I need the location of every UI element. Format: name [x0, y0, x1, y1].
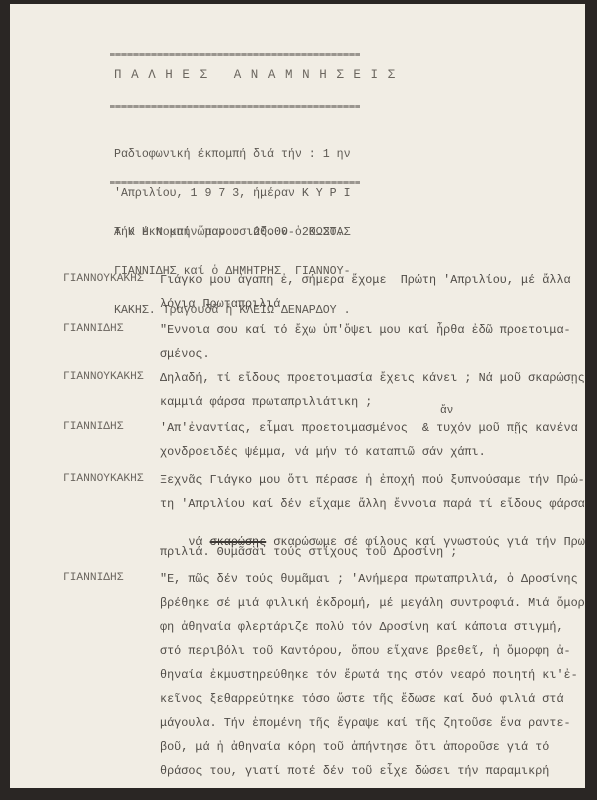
dialogue-line: βρέθηκε σέ μιά φιλική ἐκδρομή, μέ μεγάλη… — [160, 596, 585, 610]
document-title: ΠΑΛΗΕΣ ΑΝΑΜΝΗΣΕΙΣ — [114, 68, 405, 82]
speaker-label: ΓΙΑΝΝΟΥΚΑΚΗΣ — [63, 371, 144, 383]
dialogue-line: στό περιβόλι τοῦ Καντόρου, ὅπου εἴχανε β… — [160, 644, 571, 658]
dialogue-line: "Ε, πῶς δέν τούς θυμᾶμαι ; 'Ανήμερα πρωτ… — [160, 572, 578, 586]
rule-line — [110, 53, 360, 56]
dialogue-line: Γιάγκο μου ἀγαπη ἐ, σήμερα ἔχομε Πρώτη '… — [160, 273, 571, 287]
dialogue-line: "Εννοια σου καί τό ἔχω ὑπ'ὄψει μου καί ἦ… — [160, 323, 571, 337]
handwritten-insertion: ἄν — [440, 405, 453, 417]
speaker-label: ΓΙΑΝΝΙΔΗΣ — [63, 323, 123, 335]
broadcast-info-line: Ραδιοφωνική έκπομπή διά τήν : 1 ην — [114, 148, 351, 161]
dialogue-line: 'Απ'ἐναντίας, εἶμαι προετοιμασμένος & τυ… — [160, 421, 578, 435]
speaker-label: ΓΙΑΝΝΟΥΚΑΚΗΣ — [63, 273, 144, 285]
broadcast-info-line: 'Απριλίου, 1 9 7 3, ήμέραν Κ Υ Ρ Ι — [114, 187, 351, 200]
speaker-label: ΓΙΑΝΝΙΔΗΣ — [63, 421, 123, 433]
dialogue-line: χονδροειδές ψέμμα, νά μήν τό καταπιῶ σάν… — [160, 445, 486, 459]
presenters-info-line: Τήν έκπομπήν παρουσιάζουν ὁ ΚΩΣΤΑΣ — [114, 226, 351, 239]
dialogue-line: Δηλαδή, τί εἴδους προετοιμασία ἔχεις κάν… — [160, 371, 585, 385]
rule-line — [110, 181, 360, 184]
dialogue-line: βοῦ, μά ἡ ἀθηναία κόρη τοῦ ἀπήντησε ὅτι … — [160, 740, 549, 754]
dialogue-line: λόγια Πρωταπριλιά. — [160, 297, 287, 311]
rule-line — [110, 105, 360, 108]
dialogue-line: τη 'Απριλίου καί δέν εἴχαμε ἄλλη ἔννοια … — [160, 497, 585, 511]
presenters-info: Τήν έκπομπήν παρουσιάζουν ὁ ΚΩΣΤΑΣ ΓΙΑΝΝ… — [114, 200, 351, 343]
speaker-label: ΓΙΑΝΝΙΔΗΣ — [63, 572, 123, 584]
dialogue-line: πριλιά. Θυμᾶσαι τούς στίχους τοῦ Δροσίνη… — [160, 545, 457, 559]
dialogue-line: μάγουλα. Τήν ἑπομένη τῆς ἔγραψε καί τῆς … — [160, 716, 571, 730]
speaker-label: ΓΙΑΝΝΟΥΚΑΚΗΣ — [63, 473, 144, 485]
typewritten-page: ΠΑΛΗΕΣ ΑΝΑΜΝΗΣΕΙΣ Ραδιοφωνική έκπομπή δι… — [10, 4, 585, 788]
dialogue-line: θράσος του, γιατί ποτέ δέν τοῦ εἶχε δώσε… — [160, 764, 549, 778]
dialogue-line: καμμιά φάρσα πρωταπριλιάτικη ; — [160, 395, 372, 409]
dialogue-line: Ξεχνᾶς Γιάγκο μου ὅτι πέρασε ἡ ἐποχή πού… — [160, 473, 585, 487]
dialogue-line: σμένος. — [160, 347, 210, 361]
dialogue-line: κεῖνος ξεθαρρεύτηκε τόσο ὥστε τῆς ἔδωσε … — [160, 692, 564, 706]
dialogue-line: φη ἀθηναία φλερτάριζε πολύ τόν Δροσίνη κ… — [160, 620, 564, 634]
dialogue-line: θηναία ἐκμυστηρεύθηκε τόν ἔρωτά της στόν… — [160, 668, 578, 682]
